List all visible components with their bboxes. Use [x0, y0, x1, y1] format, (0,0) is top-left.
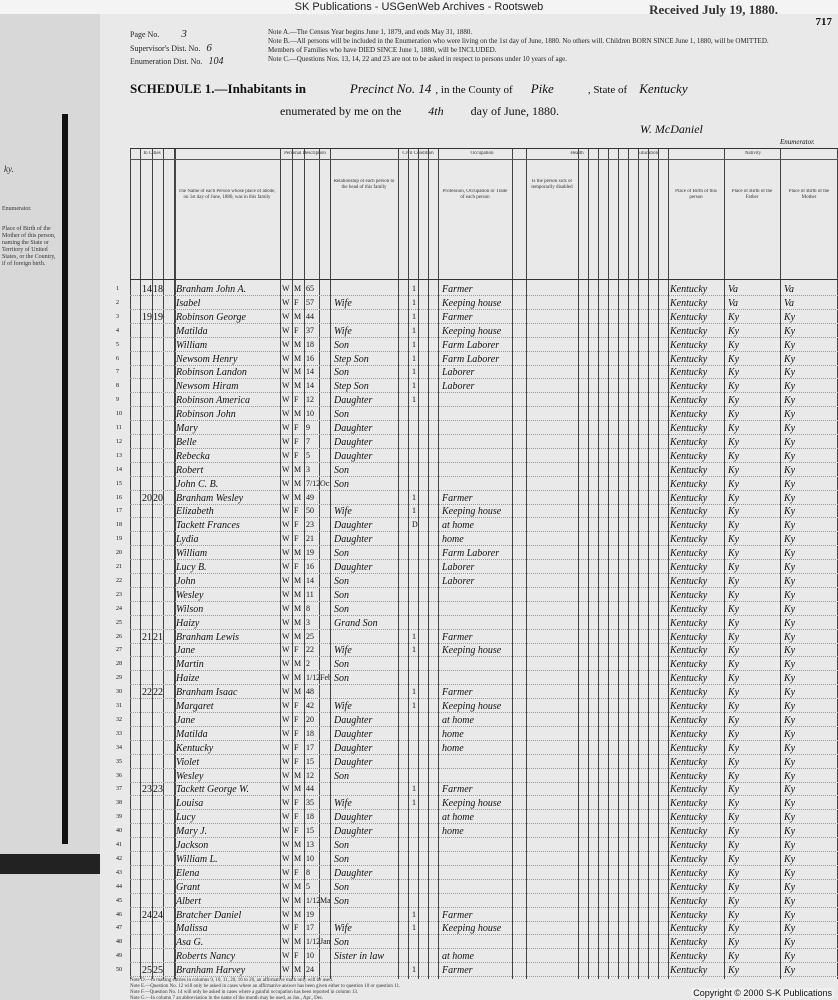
occupation: at home — [442, 812, 512, 823]
relationship: Son — [334, 771, 398, 782]
father-birthplace: Ky — [728, 896, 778, 907]
precinct-value: Precinct No. 14 — [350, 81, 431, 96]
color: W — [282, 687, 292, 696]
birthplace: Kentucky — [670, 354, 724, 365]
relationship: Son — [334, 673, 398, 684]
relationship: Son — [334, 840, 398, 851]
line-number: 50 — [116, 967, 128, 973]
line-number: 16 — [116, 495, 128, 501]
line-number: 43 — [116, 870, 128, 876]
civil-condition: 1 — [412, 923, 422, 932]
group-header: In Cities — [130, 151, 174, 157]
sex: M — [294, 673, 304, 682]
line-number: 8 — [116, 383, 128, 389]
family-number: 22 — [153, 687, 165, 698]
group-header: Education — [628, 151, 668, 157]
age: 18 — [306, 729, 320, 738]
mother-birthplace: Ky — [784, 632, 834, 643]
received-stamp: Received July 19, 1880. — [649, 2, 778, 18]
sex: F — [294, 812, 304, 821]
line-number: 46 — [116, 912, 128, 918]
mother-birthplace: Ky — [784, 923, 834, 934]
civil-condition: 1 — [412, 367, 422, 376]
birthplace: Kentucky — [670, 840, 724, 851]
mother-birthplace: Ky — [784, 896, 834, 907]
line-number: 3 — [116, 314, 128, 320]
civil-condition: 1 — [412, 312, 422, 321]
age: 42 — [306, 701, 320, 710]
color: W — [282, 395, 292, 404]
line-number: 21 — [116, 564, 128, 570]
sex: M — [294, 771, 304, 780]
occupation: Farmer — [442, 284, 512, 295]
relationship: Wife — [334, 506, 398, 517]
color: W — [282, 534, 292, 543]
relationship: Wife — [334, 298, 398, 309]
line-number: 37 — [116, 786, 128, 792]
age: 10 — [306, 854, 320, 863]
civil-condition: D — [412, 520, 422, 529]
sex: M — [294, 340, 304, 349]
father-birthplace: Ky — [728, 632, 778, 643]
family-number: 24 — [153, 910, 165, 921]
relationship: Daughter — [334, 743, 398, 754]
color: W — [282, 562, 292, 571]
age: 5 — [306, 882, 320, 891]
father-birthplace: Ky — [728, 923, 778, 934]
relationship: Son — [334, 659, 398, 670]
father-birthplace: Ky — [728, 812, 778, 823]
person-name: Mary — [176, 423, 280, 434]
sex: F — [294, 437, 304, 446]
mother-birthplace: Ky — [784, 798, 834, 809]
birthplace: Kentucky — [670, 632, 724, 643]
line-number: 6 — [116, 356, 128, 362]
relationship: Wife — [334, 923, 398, 934]
color: W — [282, 451, 292, 460]
window-title: SK Publications - USGenWeb Archives - Ro… — [295, 1, 544, 13]
person-name: Newsom Hiram — [176, 381, 280, 392]
sex: M — [294, 409, 304, 418]
age: 65 — [306, 284, 320, 293]
occupation: Farm Laborer — [442, 340, 512, 351]
age: 44 — [306, 784, 320, 793]
father-birthplace: Ky — [728, 840, 778, 851]
age: 12 — [306, 395, 320, 404]
age: 9 — [306, 423, 320, 432]
birthplace: Kentucky — [670, 423, 724, 434]
occupation: Farmer — [442, 632, 512, 643]
color: W — [282, 868, 292, 877]
father-birthplace: Ky — [728, 367, 778, 378]
age: 3 — [306, 465, 320, 474]
color: W — [282, 812, 292, 821]
sex: M — [294, 910, 304, 919]
relationship: Son — [334, 479, 398, 490]
sex: M — [294, 854, 304, 863]
sex: F — [294, 951, 304, 960]
person-name: Rebecka — [176, 451, 280, 462]
family-number: 25 — [153, 965, 165, 976]
color: W — [282, 493, 292, 502]
color: W — [282, 659, 292, 668]
occupation: Laborer — [442, 562, 512, 573]
birthplace: Kentucky — [670, 604, 724, 615]
sex: F — [294, 715, 304, 724]
occupation: home — [442, 534, 512, 545]
sex: F — [294, 520, 304, 529]
color: W — [282, 673, 292, 682]
line-number: 23 — [116, 592, 128, 598]
occupation: Keeping house — [442, 326, 512, 337]
relationship: Daughter — [334, 451, 398, 462]
mother-birthplace: Va — [784, 284, 834, 295]
color: W — [282, 618, 292, 627]
father-birthplace: Ky — [728, 312, 778, 323]
mother-birthplace: Ky — [784, 659, 834, 670]
occupation: Farmer — [442, 784, 512, 795]
mother-birthplace: Ky — [784, 506, 834, 517]
sex: M — [294, 784, 304, 793]
mother-birthplace: Ky — [784, 840, 834, 851]
census-table: In Cities Personal Description Civil Con… — [130, 148, 838, 979]
age: 14 — [306, 367, 320, 376]
birthplace: Kentucky — [670, 965, 724, 976]
line-number: 30 — [116, 689, 128, 695]
civil-condition: 1 — [412, 381, 422, 390]
occupation: Farm Laborer — [442, 354, 512, 365]
birthplace: Kentucky — [670, 409, 724, 420]
sex: F — [294, 729, 304, 738]
column-header-birthplace: Place of Birth of this person — [670, 189, 722, 201]
group-header: Civil Condition — [398, 151, 438, 157]
father-birthplace: Ky — [728, 882, 778, 893]
sex: M — [294, 312, 304, 321]
line-number: 49 — [116, 953, 128, 959]
age: 19 — [306, 548, 320, 557]
color: W — [282, 882, 292, 891]
father-birthplace: Ky — [728, 451, 778, 462]
mother-birthplace: Ky — [784, 312, 834, 323]
father-birthplace: Ky — [728, 659, 778, 670]
census-notes: Note A.—The Census Year begins June 1, 1… — [268, 28, 788, 64]
sex: F — [294, 451, 304, 460]
color: W — [282, 757, 292, 766]
sex: F — [294, 423, 304, 432]
birth-month: Oct — [320, 479, 330, 488]
birthplace: Kentucky — [670, 298, 724, 309]
occupation: Farmer — [442, 687, 512, 698]
birthplace: Kentucky — [670, 882, 724, 893]
person-name: Violet — [176, 757, 280, 768]
father-birthplace: Ky — [728, 937, 778, 948]
birthplace: Kentucky — [670, 340, 724, 351]
father-birthplace: Ky — [728, 687, 778, 698]
sex: M — [294, 632, 304, 641]
sex: F — [294, 506, 304, 515]
occupation: Farmer — [442, 965, 512, 976]
relationship: Daughter — [334, 812, 398, 823]
age: 22 — [306, 645, 320, 654]
line-number: 36 — [116, 773, 128, 779]
occupation: Farm Laborer — [442, 548, 512, 559]
birthplace: Kentucky — [670, 451, 724, 462]
age: 1/12 — [306, 673, 320, 682]
sex: M — [294, 840, 304, 849]
birthplace: Kentucky — [670, 465, 724, 476]
mother-birthplace: Ky — [784, 826, 834, 837]
person-name: Jackson — [176, 840, 280, 851]
mother-birthplace: Ky — [784, 354, 834, 365]
page-stamp-number: 717 — [816, 16, 833, 28]
occupation: at home — [442, 951, 512, 962]
person-name: Branham Harvey — [176, 965, 280, 976]
father-birthplace: Ky — [728, 479, 778, 490]
line-number: 40 — [116, 828, 128, 834]
sex: M — [294, 354, 304, 363]
birthplace: Kentucky — [670, 645, 724, 656]
color: W — [282, 340, 292, 349]
age: 17 — [306, 923, 320, 932]
color: W — [282, 312, 292, 321]
person-name: Wesley — [176, 771, 280, 782]
color: W — [282, 590, 292, 599]
sex: M — [294, 604, 304, 613]
color: W — [282, 784, 292, 793]
age: 23 — [306, 520, 320, 529]
occupation: home — [442, 729, 512, 740]
father-birthplace: Ky — [728, 757, 778, 768]
person-name: Bratcher Daniel — [176, 910, 280, 921]
line-number: 29 — [116, 675, 128, 681]
sex: F — [294, 868, 304, 877]
supervisor-dist-field: Supervisor's Dist. No. 6 — [130, 42, 212, 54]
father-birthplace: Ky — [728, 506, 778, 517]
sex: M — [294, 896, 304, 905]
father-birthplace: Ky — [728, 576, 778, 587]
age: 8 — [306, 604, 320, 613]
person-name: Branham John A. — [176, 284, 280, 295]
mother-birthplace: Ky — [784, 687, 834, 698]
mother-birthplace: Ky — [784, 493, 834, 504]
relationship: Daughter — [334, 520, 398, 531]
column-header-father-birthplace: Place of Birth of the Father — [726, 189, 778, 201]
left-strip-label: Place of Birth of the Mother of this per… — [2, 226, 56, 268]
relationship: Wife — [334, 326, 398, 337]
relationship: Son — [334, 854, 398, 865]
line-number: 34 — [116, 745, 128, 751]
age: 48 — [306, 687, 320, 696]
occupation: Farmer — [442, 493, 512, 504]
person-name: Tackett Frances — [176, 520, 280, 531]
color: W — [282, 951, 292, 960]
person-name: Kentucky — [176, 743, 280, 754]
age: 2 — [306, 659, 320, 668]
relationship: Daughter — [334, 534, 398, 545]
line-number: 27 — [116, 647, 128, 653]
sex: F — [294, 826, 304, 835]
father-birthplace: Ky — [728, 618, 778, 629]
relationship: Daughter — [334, 562, 398, 573]
binding-shadow — [0, 854, 100, 874]
color: W — [282, 367, 292, 376]
person-name: John — [176, 576, 280, 587]
line-number: 45 — [116, 898, 128, 904]
relationship: Son — [334, 548, 398, 559]
civil-condition: 1 — [412, 798, 422, 807]
birthplace: Kentucky — [670, 326, 724, 337]
mother-birthplace: Ky — [784, 409, 834, 420]
mother-birthplace: Ky — [784, 757, 834, 768]
father-birthplace: Ky — [728, 562, 778, 573]
father-birthplace: Ky — [728, 381, 778, 392]
person-name: Robert — [176, 465, 280, 476]
sex: M — [294, 284, 304, 293]
person-name: Isabel — [176, 298, 280, 309]
line-number: 28 — [116, 661, 128, 667]
line-number: 7 — [116, 369, 128, 375]
color: W — [282, 910, 292, 919]
mother-birthplace: Ky — [784, 381, 834, 392]
person-name: Matilda — [176, 326, 280, 337]
birthplace: Kentucky — [670, 381, 724, 392]
line-number: 33 — [116, 731, 128, 737]
mother-birthplace: Ky — [784, 395, 834, 406]
line-number: 22 — [116, 578, 128, 584]
line-number: 14 — [116, 467, 128, 473]
color: W — [282, 479, 292, 488]
color: W — [282, 284, 292, 293]
enumerated-line: enumerated by me on the 4th day of June,… — [280, 104, 559, 119]
father-birthplace: Ky — [728, 423, 778, 434]
family-number: 20 — [153, 493, 165, 504]
enumeration-day: 4th — [428, 104, 443, 118]
color: W — [282, 354, 292, 363]
color: W — [282, 923, 292, 932]
color: W — [282, 437, 292, 446]
color: W — [282, 771, 292, 780]
line-number: 25 — [116, 620, 128, 626]
mother-birthplace: Ky — [784, 882, 834, 893]
sex: M — [294, 618, 304, 627]
line-number: 18 — [116, 522, 128, 528]
relationship: Son — [334, 340, 398, 351]
relationship: Son — [334, 937, 398, 948]
mother-birthplace: Ky — [784, 868, 834, 879]
person-name: Belle — [176, 437, 280, 448]
birthplace: Kentucky — [670, 506, 724, 517]
person-name: Louisa — [176, 798, 280, 809]
mother-birthplace: Ky — [784, 701, 834, 712]
occupation: Keeping house — [442, 701, 512, 712]
mother-birthplace: Ky — [784, 590, 834, 601]
color: W — [282, 632, 292, 641]
color: W — [282, 826, 292, 835]
sex: M — [294, 576, 304, 585]
person-name: Wilson — [176, 604, 280, 615]
occupation: Keeping house — [442, 798, 512, 809]
column-header-name: The Name of each Person whose place of a… — [176, 189, 278, 201]
age: 3 — [306, 618, 320, 627]
age: 13 — [306, 840, 320, 849]
person-name: Grant — [176, 882, 280, 893]
father-birthplace: Ky — [728, 604, 778, 615]
color: W — [282, 548, 292, 557]
column-header-sick: Is the person sick or temporarily disabl… — [528, 179, 576, 191]
sex: F — [294, 395, 304, 404]
person-name: Wesley — [176, 590, 280, 601]
relationship: Step Son — [334, 381, 398, 392]
family-number: 21 — [153, 632, 165, 643]
mother-birthplace: Ky — [784, 854, 834, 865]
birthplace: Kentucky — [670, 395, 724, 406]
color: W — [282, 965, 292, 974]
father-birthplace: Ky — [728, 326, 778, 337]
sex: F — [294, 326, 304, 335]
left-page-strip: ky. Enumerator. Place of Birth of the Mo… — [0, 14, 100, 1000]
birthplace: Kentucky — [670, 715, 724, 726]
occupation: Laborer — [442, 367, 512, 378]
person-name: Branham Isaac — [176, 687, 280, 698]
mother-birthplace: Ky — [784, 465, 834, 476]
age: 14 — [306, 576, 320, 585]
family-number: 19 — [153, 312, 165, 323]
person-name: William — [176, 340, 280, 351]
sex: M — [294, 590, 304, 599]
person-name: Robinson George — [176, 312, 280, 323]
birthplace: Kentucky — [670, 951, 724, 962]
age: 21 — [306, 534, 320, 543]
row-divider — [130, 976, 838, 977]
person-name: Matilda — [176, 729, 280, 740]
line-number: 2 — [116, 300, 128, 306]
relationship: Daughter — [334, 868, 398, 879]
line-number: 19 — [116, 536, 128, 542]
mother-birthplace: Ky — [784, 562, 834, 573]
person-name: Mary J. — [176, 826, 280, 837]
line-number: 12 — [116, 439, 128, 445]
father-birthplace: Va — [728, 284, 778, 295]
mother-birthplace: Ky — [784, 771, 834, 782]
occupation: Keeping house — [442, 923, 512, 934]
father-birthplace: Ky — [728, 354, 778, 365]
mother-birthplace: Ky — [784, 743, 834, 754]
occupation: Keeping house — [442, 645, 512, 656]
person-name: Tackett George W. — [176, 784, 280, 795]
civil-condition: 1 — [412, 395, 422, 404]
color: W — [282, 715, 292, 724]
color: W — [282, 465, 292, 474]
color: W — [282, 423, 292, 432]
relationship: Daughter — [334, 729, 398, 740]
birthplace: Kentucky — [670, 659, 724, 670]
line-number: 11 — [116, 425, 128, 431]
person-name: John C. B. — [176, 479, 280, 490]
mother-birthplace: Ky — [784, 520, 834, 531]
civil-condition: 1 — [412, 701, 422, 710]
group-header: Health — [526, 151, 628, 157]
sex: F — [294, 645, 304, 654]
occupation: at home — [442, 715, 512, 726]
relationship: Daughter — [334, 826, 398, 837]
sex: M — [294, 687, 304, 696]
birthplace: Kentucky — [670, 826, 724, 837]
birthplace: Kentucky — [670, 771, 724, 782]
birthplace: Kentucky — [670, 590, 724, 601]
father-birthplace: Ky — [728, 534, 778, 545]
birthplace: Kentucky — [670, 312, 724, 323]
mother-birthplace: Ky — [784, 673, 834, 684]
